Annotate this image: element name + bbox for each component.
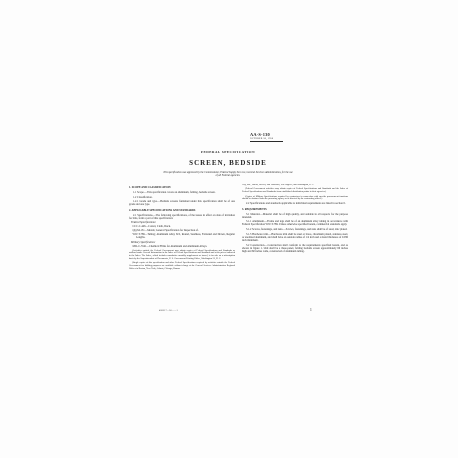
paragraph: 3.1 Material.—Material shall be of high … xyxy=(242,213,348,219)
doc-number-block: AA-S-130 OCTOBER 30, 1956 xyxy=(250,132,286,142)
document-scan-canvas: AA-S-130 OCTOBER 30, 1956 FEDERAL SPECIF… xyxy=(0,0,458,458)
paragraph: 1.2.1 Grade and type.—Bedside screens fu… xyxy=(129,200,235,206)
section-heading: 2. APPLICABLE SPECIFICATIONS AND STANDAR… xyxy=(129,209,235,212)
doc-date: OCTOBER 30, 1956 xyxy=(250,137,286,140)
fine-print-paragraph: City, Mo., Dallas, Denver, San Francisco… xyxy=(242,184,348,187)
reference-item: QQ-M-151—Metals; General Specification f… xyxy=(129,229,235,232)
fine-print-paragraph: (Single copies of this specification and… xyxy=(129,262,235,270)
reference-item: WW-T-789—Tubing; Aluminum Alloy 61S, Rou… xyxy=(129,233,235,239)
paragraph: 1.1 Scope.—This specification covers an … xyxy=(129,191,235,194)
federal-specification-kicker: FEDERAL SPECIFICATION xyxy=(129,150,327,154)
doc-number-rule xyxy=(250,141,283,142)
reference-item: CCC-C-446—Cotton; Cloth, Duck. xyxy=(129,225,235,228)
gpo-print-code: 408517—56——1 xyxy=(159,310,178,312)
fine-print-paragraph: (Copies of Military Specifications requi… xyxy=(242,196,348,201)
paragraph: 3.1.1 Aluminum.—Frame and legs shall be … xyxy=(242,220,348,226)
page-title: SCREEN, BEDSIDE xyxy=(129,159,327,167)
two-column-body: 1. SCOPE AND CLASSIFICATION 1.1 Scope.—T… xyxy=(129,184,349,312)
left-column: 1. SCOPE AND CLASSIFICATION 1.1 Scope.—T… xyxy=(129,184,235,312)
section-heading: 3. REQUIREMENTS xyxy=(242,208,348,211)
paragraph: 3.1.3 Hardware trim.—Hardware trim shall… xyxy=(242,233,348,242)
reference-label: Military Specification: xyxy=(129,241,235,244)
paragraph: 3.2 Construction.—Construction shall con… xyxy=(242,244,348,253)
spec-page: AA-S-130 OCTOBER 30, 1956 FEDERAL SPECIF… xyxy=(129,124,349,324)
paragraph: 2.1 Specifications.—The following specif… xyxy=(129,214,235,220)
reference-label: Federal Specifications: xyxy=(129,221,235,224)
page-header: FEDERAL SPECIFICATION SCREEN, BEDSIDE Th… xyxy=(129,150,327,177)
fine-print-paragraph: (Activities outside the Federal Governme… xyxy=(129,250,235,261)
fine-print-paragraph: (Federal Government activities may obtai… xyxy=(242,188,348,193)
approval-note: This specification was approved by the C… xyxy=(162,171,294,178)
paragraph: 2.2 Specifications and standards applica… xyxy=(242,202,348,205)
section-heading: 1. SCOPE AND CLASSIFICATION xyxy=(129,186,235,189)
paragraph: 1.2 Classification. xyxy=(129,196,235,199)
paragraph: 3.1.2 Screws, fastenings, and nuts.—Scre… xyxy=(242,228,348,231)
doc-number: AA-S-130 xyxy=(250,132,286,137)
right-column: City, Mo., Dallas, Denver, San Francisco… xyxy=(242,184,348,312)
page-number: 1 xyxy=(310,308,312,312)
reference-item: MIL-C-5541—Chemical Films for Aluminum a… xyxy=(129,245,235,248)
